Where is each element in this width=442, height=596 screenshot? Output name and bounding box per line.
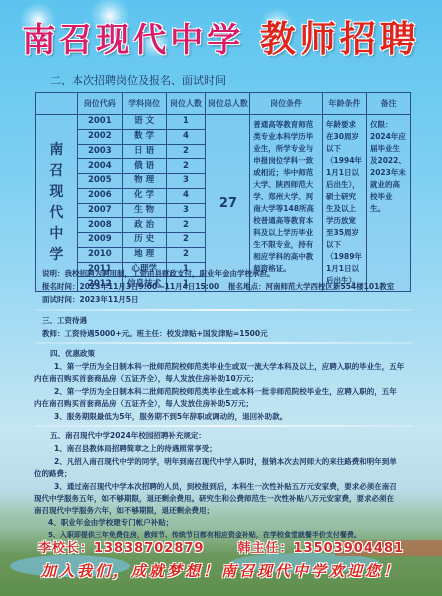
rule-item: 4、职业年金由学校建专门帐户补贴； (48, 517, 173, 529)
policy-item: 3、服务期限最低为5年，服务期不到5年辞职或调动的，退回补助款。 (54, 411, 287, 423)
position-count: 1 (166, 115, 206, 130)
director-contact: 韩主任：13503904481 (238, 541, 405, 556)
subject: 化 学 (122, 188, 166, 203)
interview-time: 面试时间：2023年11月5日 (42, 294, 139, 306)
section-4-title: 四、优惠政策 (50, 348, 95, 360)
position-code: 2005 (77, 174, 122, 189)
table-header: 岗位条件 (250, 93, 323, 115)
registration-place: 报名地点：河南师范大学西校区新554楼101教室 (228, 281, 394, 293)
rule-item-cont: 位的路费； (34, 468, 414, 480)
total-count: 27 (206, 115, 250, 292)
section-2-title: 二、本次招聘岗位及报名、面试时间 (50, 72, 226, 88)
policy-item-cont: 内在南召购买首套商品房（五证齐全），每人发放住房补助5万元； (34, 398, 414, 410)
employment-note: 说明：我校招聘为聘用制，工资由县财政支付，职业年金由学校承担。 (42, 268, 275, 280)
position-code: 2006 (77, 188, 122, 203)
section-divider (35, 425, 413, 427)
position-count: 2 (166, 218, 206, 233)
rule-item-cont: 南召现代中学服务六年，如不够期限，退还剩余费用； (34, 505, 414, 517)
position-code: 2001 (77, 115, 122, 130)
table-header (36, 93, 78, 115)
table-header: 岗位总人数 (206, 93, 250, 115)
table-header: 岗位人数 (166, 93, 206, 115)
position-code: 2003 (77, 144, 122, 159)
rule-item: 2、凡招入南召现代中学的同学，明年到南召现代中学入职时，报销本次去河师大的来往路… (54, 456, 397, 468)
policy-item-cont: 内在南召购买首套商品房（五证齐全），每人发放住房补助10万元； (34, 373, 414, 385)
section-3-title: 三、工资待遇 (42, 315, 87, 327)
position-count: 2 (166, 247, 206, 262)
position-code: 2009 (77, 233, 122, 248)
subject: 政 治 (122, 218, 166, 233)
recruitment-headline: 教师招聘 (260, 19, 420, 60)
section-5-title: 五、南召现代中学2024年校园招聘补充规定： (50, 430, 206, 442)
table-header: 年龄条件 (323, 93, 367, 115)
page-banner: 南召现代中学 教师招聘 (0, 20, 442, 60)
table-row: 南召现代中学 2001 语 文 1 27 普通高等教育师范类专业本科学历毕业生，… (36, 115, 411, 130)
position-code: 2002 (77, 129, 122, 144)
table-header: 学科岗位 (122, 93, 166, 115)
position-count: 4 (166, 129, 206, 144)
subject: 语 文 (122, 115, 166, 130)
school-name-title: 南召现代中学 (22, 20, 244, 59)
principal-contact: 李校长：13838702879 (38, 541, 205, 556)
school-name-cell: 南召现代中学 (36, 115, 78, 292)
section-divider (35, 342, 413, 344)
subject: 俄 语 (122, 159, 166, 174)
position-count: 4 (166, 188, 206, 203)
position-count: 2 (166, 159, 206, 174)
position-count: 2 (166, 233, 206, 248)
position-code: 2010 (77, 247, 122, 262)
subject: 数 学 (122, 129, 166, 144)
table-header: 岗位代码 (77, 93, 122, 115)
position-code: 2007 (77, 203, 122, 218)
policy-item: 2、第一学历为全日制本科二批师范院校师范类毕业生或本科一批非师范院校毕业生，应聘… (54, 386, 397, 398)
positions-table: 岗位代码 学科岗位 岗位人数 岗位总人数 岗位条件 年龄条件 备注 南召现代中学… (35, 92, 411, 292)
subject: 生 物 (122, 203, 166, 218)
position-count: 3 (166, 174, 206, 189)
school-name-vertical: 南召现代中学 (49, 140, 63, 266)
position-conditions: 普通高等教育师范类专业本科学历毕业生，所学专业与申报岗位学科一致或相近；华中师范… (250, 115, 323, 292)
position-code: 2004 (77, 159, 122, 174)
subject: 历 史 (122, 233, 166, 248)
subject: 地 理 (122, 247, 166, 262)
rule-item: 1、南召县教体局招聘简章之上的待遇照常享受； (54, 443, 217, 455)
rule-item-cont: 现代中学服务五年，如不够期限，退还剩余费用。研究生和公费师范生一次性补贴八万元安… (34, 493, 414, 505)
welcome-slogan: 加入我们，成就梦想！南召现代中学欢迎您！ (0, 560, 442, 581)
table-header-row: 岗位代码 学科岗位 岗位人数 岗位总人数 岗位条件 年龄条件 备注 (36, 93, 411, 115)
contact-line: 李校长：13838702879 韩主任：13503904481 (0, 537, 442, 556)
registration-time: 报名时间：2023年11月3日9:00—11月4日15:00 (42, 281, 219, 293)
salary-text: 教师：工资待遇5000+元。班主任：校发津贴+国发津贴=1500元 (42, 328, 268, 340)
age-conditions: 年龄要求在30周岁以下（1994年1月1日以后出生），硕士研究生及以上学历放宽至… (323, 115, 367, 292)
subject: 日 语 (122, 144, 166, 159)
subject: 物 理 (122, 174, 166, 189)
section-divider (35, 309, 413, 311)
position-count: 3 (166, 203, 206, 218)
policy-item: 1、第一学历为全日制本科一批师范院校师范类毕业生或双一流大学本科及以上，应聘入职… (54, 361, 404, 373)
rule-item: 3、通过南召现代中学本次招聘的人员，到校报到后，本科生一次性补贴五万元安家费，要… (54, 481, 397, 493)
position-count: 2 (166, 144, 206, 159)
table-header: 备注 (367, 93, 411, 115)
position-code: 2008 (77, 218, 122, 233)
notes: 仅限：2024年应届毕业生及2022、2023年未就业的高校毕业生。 (367, 115, 411, 292)
